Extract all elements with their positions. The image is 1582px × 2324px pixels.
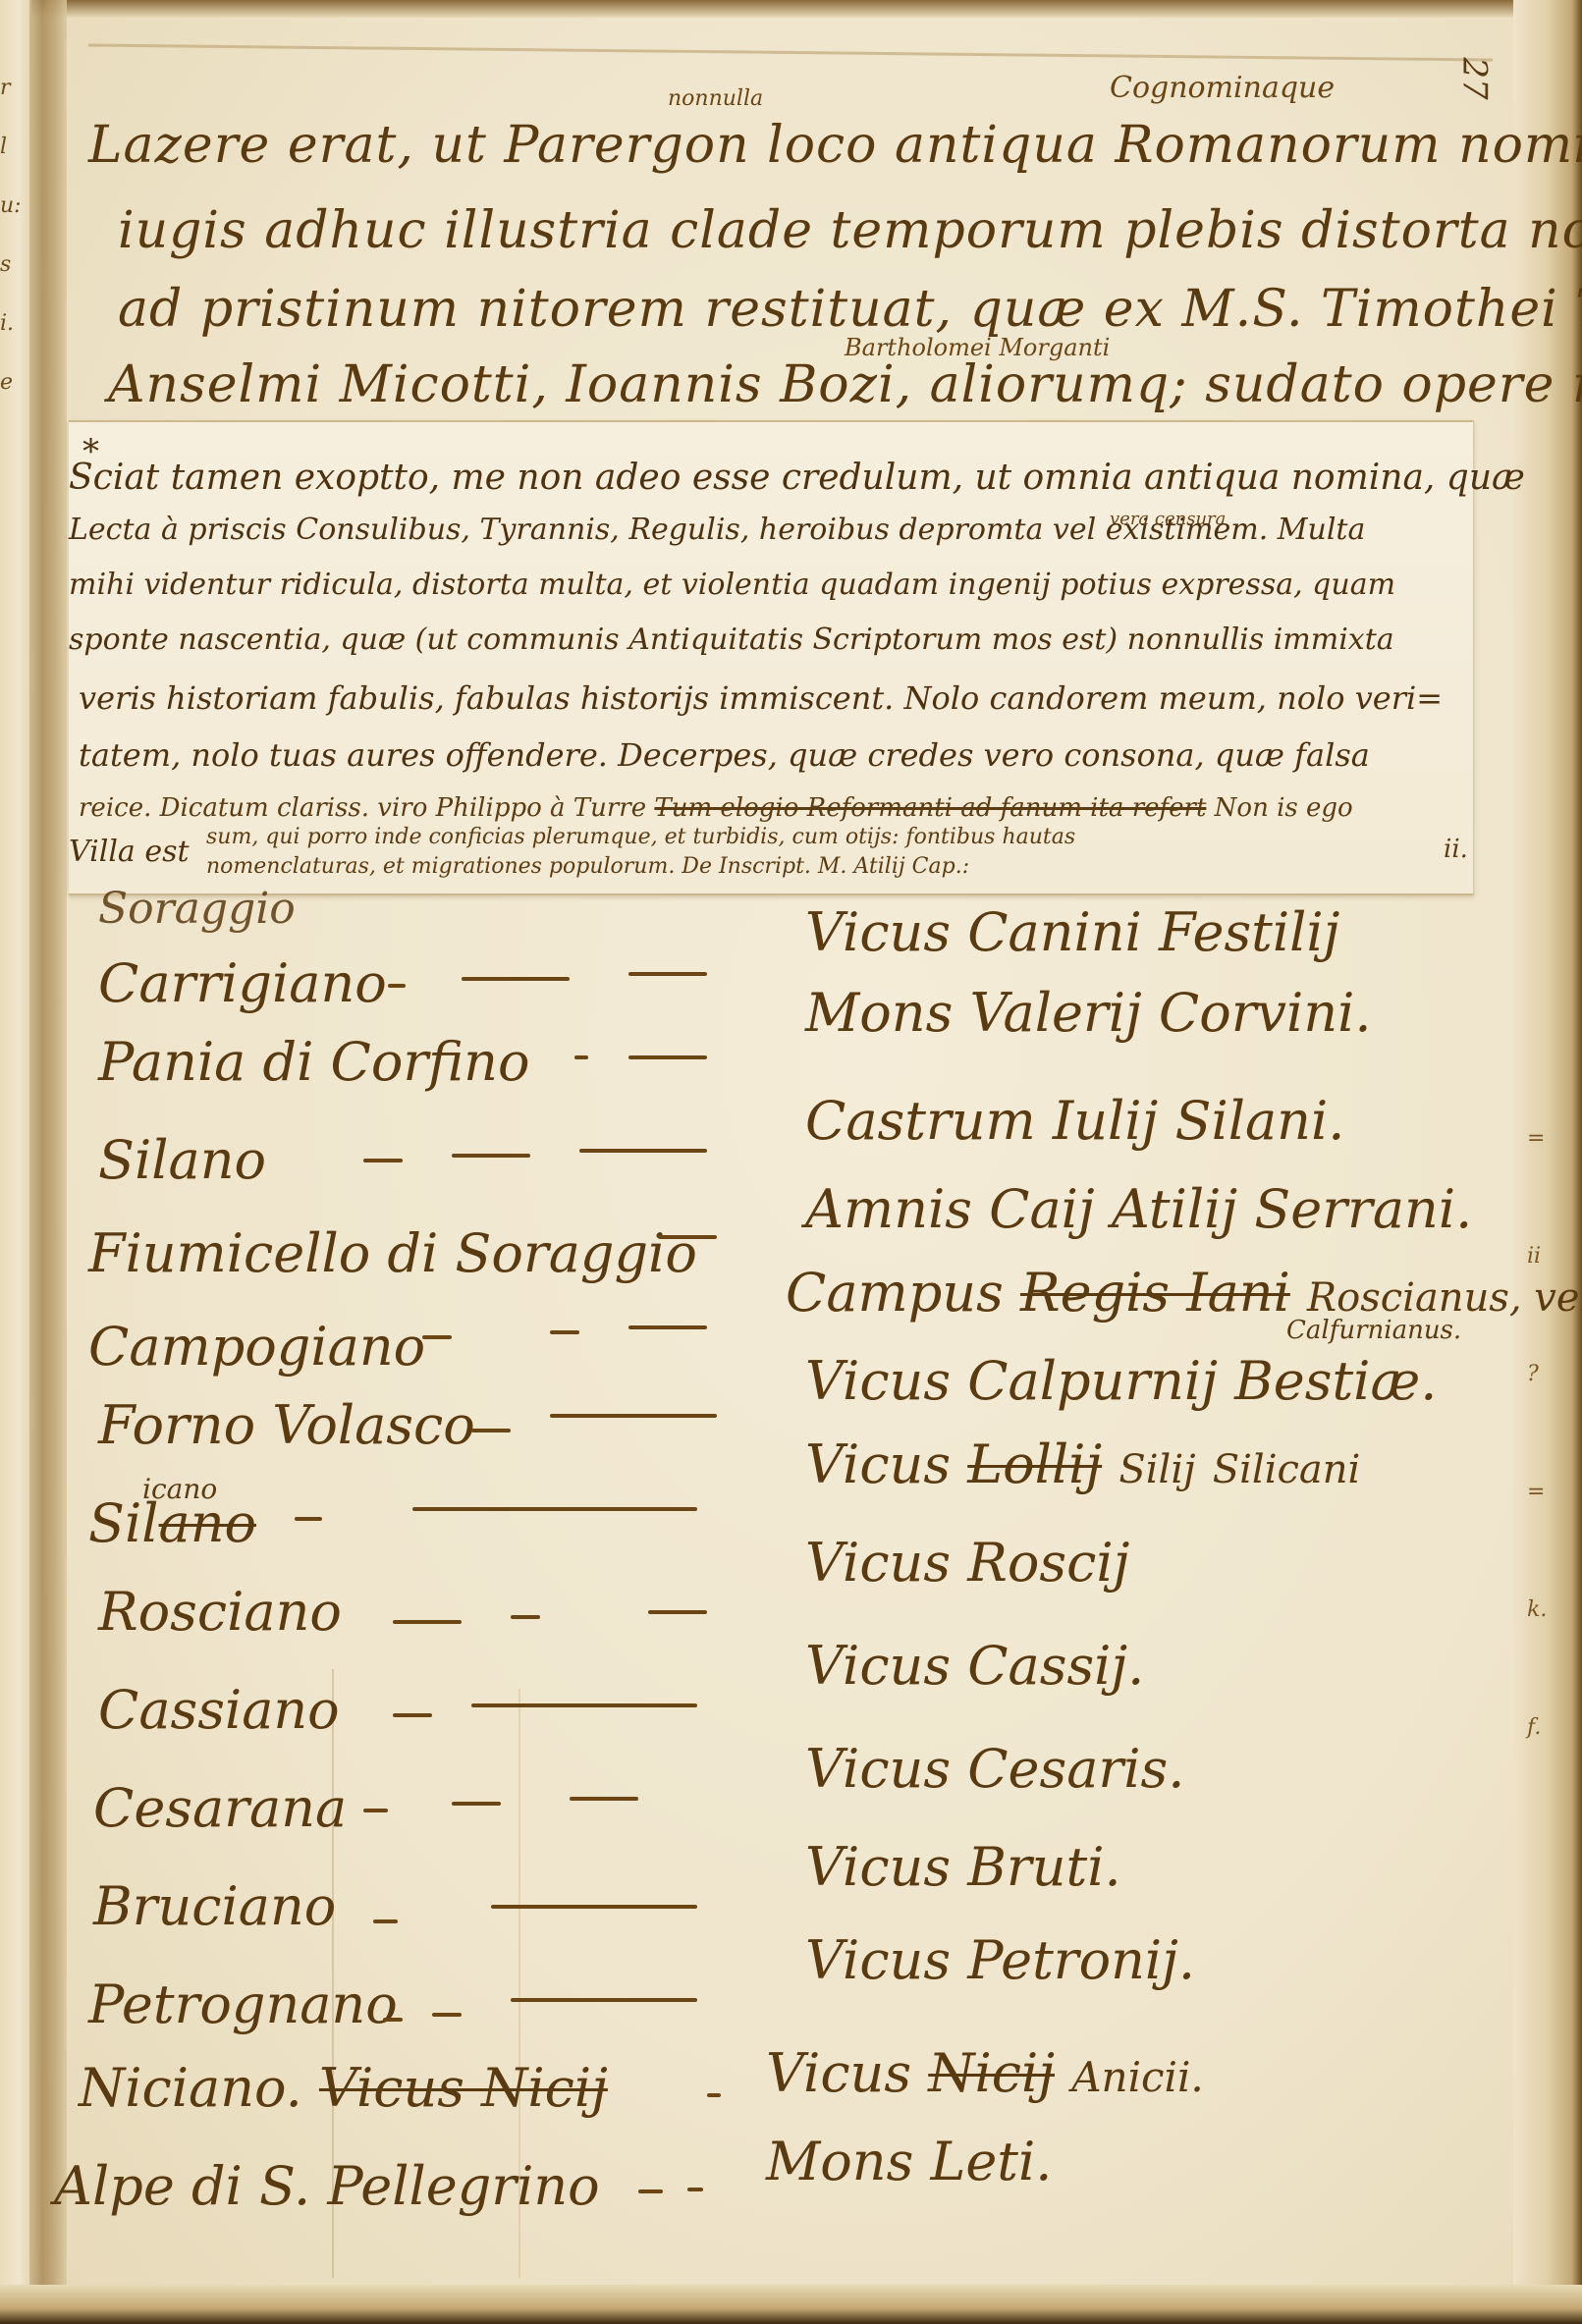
slip-line-2: Lecta à priscis Consulibus, Tyrannis, Re… xyxy=(69,513,1365,547)
latin-after-2: Silicani xyxy=(1213,1447,1361,1492)
leader-dash xyxy=(658,1235,717,1239)
leader-dash xyxy=(574,1055,588,1059)
latin-after: Silij xyxy=(1118,1447,1195,1492)
slip-line-7: reice. Dicatum clariss. viro Philippo à … xyxy=(79,793,1353,823)
main-text-line-4: Anselmi Micotti, Ioannis Bozi, aliorumq;… xyxy=(108,355,1582,414)
leader-dash xyxy=(550,1330,579,1334)
latin-name: Vicus Petronij. xyxy=(805,1929,1195,1991)
italian-place-name: Cassiano xyxy=(98,1679,340,1741)
leader-dash xyxy=(628,1055,707,1059)
page-bottom-edge xyxy=(0,2285,1582,2324)
leader-dash xyxy=(388,984,406,988)
leader-dash xyxy=(628,972,707,976)
italian-place-name: Silano xyxy=(98,1129,266,1191)
latin-word: Vicus xyxy=(766,2042,911,2104)
leader-dash xyxy=(363,1159,403,1162)
latin-word: Vicus xyxy=(805,1433,951,1495)
facing-page-fragments: r l u: s i. e xyxy=(0,59,29,412)
latin-name: Vicus Cesaris. xyxy=(805,1738,1184,1800)
leader-dash xyxy=(638,2189,663,2193)
latin-name: Vicus Canini Festilij xyxy=(805,901,1339,963)
top-fold-line xyxy=(88,44,1493,62)
latin-superscript: Calfurnianus. xyxy=(1286,1316,1461,1345)
latin-name: Mons Leti. xyxy=(766,2131,1052,2192)
slip-line-8a: sum, qui porro inde conficias plerumque,… xyxy=(206,825,1075,849)
slip-line-7-text: reice. Dicatum clariss. viro Philippo à … xyxy=(79,793,646,823)
manuscript-page: r l u: s i. e = ii ? = k. f. 27 nonnulla… xyxy=(0,0,1582,2324)
slip-line-3: mihi videntur ridicula, distorta multa, … xyxy=(69,567,1395,602)
italian-place-name: Pania di Corfino xyxy=(98,1031,529,1093)
latin-name: Vicus Calpurnij Bestiæ. xyxy=(805,1350,1437,1412)
slip-right-mark: ii. xyxy=(1444,835,1468,864)
leader-dash xyxy=(707,2093,721,2097)
leader-dash xyxy=(452,1802,501,1806)
leader-dash xyxy=(383,2018,403,2022)
leader-dash xyxy=(452,1154,530,1158)
leader-dash xyxy=(295,1517,322,1521)
main-text-line-3: ad pristinum nitorem restituat, quæ ex M… xyxy=(118,280,1582,339)
italian-place-name: Forno Volasco xyxy=(98,1394,475,1456)
italian-place-name: Petrognano xyxy=(88,1973,398,2035)
italian-place-name: Fiumicello di Soraggio xyxy=(88,1222,697,1284)
latin-word: Campus xyxy=(786,1262,1004,1324)
facing-page-edge: r l u: s i. e xyxy=(0,0,31,2324)
latin-name: Vicus Lollij Silij Silicani xyxy=(805,1433,1360,1495)
book-gutter xyxy=(29,0,67,2324)
page-number: 27 xyxy=(1455,57,1495,99)
latin-name: Vicus Cassij. xyxy=(805,1635,1144,1697)
italian-struck: Vicus Nicij xyxy=(319,2057,608,2119)
italian-place-name: Bruciano xyxy=(93,1875,336,1937)
leader-dash xyxy=(511,1998,697,2002)
interlinear-cognominaque: Cognominaque xyxy=(1110,71,1335,105)
main-text-line-1: Lazere erat, ut Parergon loco antiqua Ro… xyxy=(88,116,1582,175)
italian-place-name: Niciano. Vicus Nicij xyxy=(79,2057,608,2119)
leader-dash xyxy=(393,1713,432,1717)
italian-place-name: Cesarana xyxy=(93,1777,347,1839)
leader-dash xyxy=(687,2188,703,2191)
italian-word: Niciano. xyxy=(79,2057,302,2119)
slip-line-4: sponte nascentia, quæ (ut communis Antiq… xyxy=(69,622,1394,657)
leader-dash xyxy=(471,1703,697,1707)
leader-dash xyxy=(432,2013,462,2017)
italian-place-name: Alpe di S. Pellegrino xyxy=(54,2155,600,2217)
latin-name: Mons Valerij Corvini. xyxy=(805,982,1372,1044)
leader-dash xyxy=(462,977,570,981)
interlinear-nonnulla: nonnulla xyxy=(668,86,763,111)
italian-place-name: Carrigiano xyxy=(98,952,387,1014)
leader-dash xyxy=(579,1149,707,1153)
leader-dash xyxy=(422,1335,452,1339)
latin-after: Roscianus, vel xyxy=(1307,1275,1582,1321)
italian-struck: ano xyxy=(159,1492,256,1554)
latin-name: Castrum Iulij Silani. xyxy=(805,1090,1344,1152)
page-top-edge xyxy=(0,0,1582,18)
slip-line-6: tatem, nolo tuas aures offendere. Decerp… xyxy=(79,736,1370,774)
list-header-partial: Soraggio xyxy=(98,884,296,934)
latin-struck: Regis Iani xyxy=(1020,1262,1290,1324)
italian-place-name: Rosciano xyxy=(98,1581,342,1643)
latin-struck: Lollij xyxy=(967,1433,1102,1495)
leader-dash xyxy=(570,1797,638,1801)
leader-dash xyxy=(648,1610,707,1614)
leader-dash xyxy=(628,1325,707,1329)
latin-name: Campus Regis Iani Roscianus, vel xyxy=(786,1262,1582,1324)
main-text-line-2: iugis adhuc illustria clade temporum ple… xyxy=(118,201,1582,260)
leader-dash xyxy=(373,1919,398,1923)
latin-name: Vicus Nicij Anicii. xyxy=(766,2042,1204,2104)
slip-line-8-label: Villa est xyxy=(69,835,190,869)
latin-struck: Nicij xyxy=(928,2042,1055,2104)
leader-dash xyxy=(511,1615,540,1619)
slip-line-5: veris historiam fabulis, fabulas histori… xyxy=(79,679,1443,717)
fore-edge-fragments: = ii ? = k. f. xyxy=(1527,1080,1556,1787)
leader-dash xyxy=(363,1809,388,1812)
latin-name: Vicus Roscij xyxy=(805,1532,1129,1594)
leader-dash xyxy=(412,1507,697,1511)
leader-dash xyxy=(471,1429,511,1432)
italian-word: Sil xyxy=(88,1492,159,1554)
italian-place-name: Silano xyxy=(88,1492,256,1554)
latin-after: Anicii. xyxy=(1071,2053,1204,2101)
leader-dash xyxy=(491,1905,697,1909)
slip-struck-phrase: Tum elogio Reformanti ad fanum ita refer… xyxy=(654,793,1206,823)
pasted-note-slip: * Sciat tamen exoptto, me non adeo esse … xyxy=(69,420,1474,895)
latin-name: Vicus Bruti. xyxy=(805,1836,1121,1898)
latin-name: Amnis Caij Atilij Serrani. xyxy=(805,1178,1472,1240)
leader-dash xyxy=(550,1414,717,1418)
slip-line-7-trailing: Non is ego xyxy=(1215,793,1353,823)
page-fore-edge: = ii ? = k. f. xyxy=(1513,0,1582,2324)
slip-line-1: Sciat tamen exoptto, me non adeo esse cr… xyxy=(69,458,1525,498)
italian-place-name: Campogiano xyxy=(88,1316,425,1378)
slip-line-8b: nomenclaturas, et migrationes populorum.… xyxy=(206,854,969,879)
leader-dash xyxy=(393,1620,462,1624)
